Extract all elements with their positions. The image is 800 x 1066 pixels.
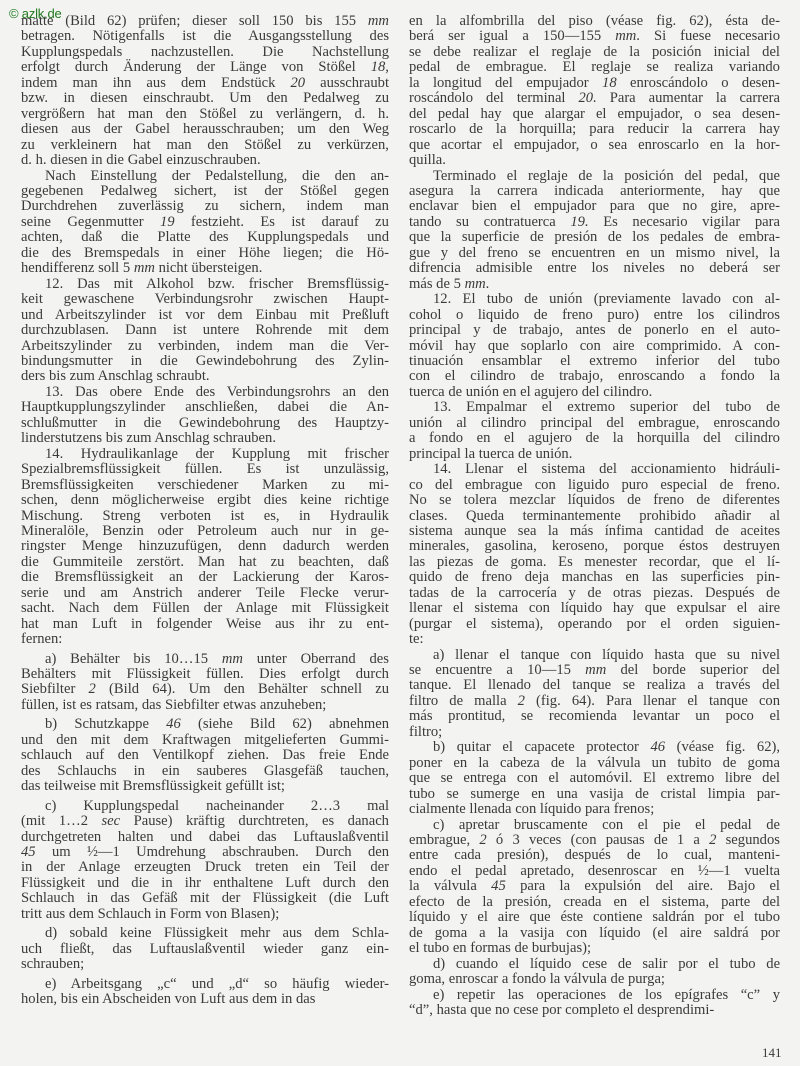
text-line: betragen. Nötigenfalls ist die Ausgangss… [21, 29, 389, 44]
text-line: hat man Luft in folgender Weise aus ihr … [21, 617, 389, 632]
text-line: fernen: [21, 632, 389, 647]
text-line: die Gummiteile zerstört. Man hat zu beac… [21, 555, 389, 570]
text-line: sistema aunque sea la más ínfima cantida… [409, 524, 780, 539]
text-line: Hauptkupplungszylinder anschließen, dabe… [21, 400, 389, 415]
text-line: des Schlauchs in ein sauberes Glasgefäß … [21, 764, 389, 779]
text-line: achten, daß die Platte des Kupplungspeda… [21, 230, 389, 245]
text-line: de goma a la vasija con líquido (el aire… [409, 926, 780, 941]
text-line: que acortar el empujador, o sea enroscar… [409, 138, 780, 153]
text-line: tinuación ensamblar el extremo inferior … [409, 354, 780, 369]
text-line: quido de freno deja manchas en las super… [409, 570, 780, 585]
text-line: “d”, hasta que no cese por completo el d… [409, 1003, 780, 1018]
text-line: roscarlo de la horquilla; para reducir l… [409, 122, 780, 137]
text-line: que se entrega con el automóvil. El extr… [409, 771, 780, 786]
text-line: 12. El tubo de unión (previamente lavado… [409, 292, 780, 307]
text-line: a fondo en el agujero de la horquilla de… [409, 431, 780, 446]
text-line: líquido y el aire que éste contiene sald… [409, 910, 780, 925]
text-line: difrencia admisible entre los niveles no… [409, 261, 780, 276]
text-line: berá ser igual a 150—155 mm. Si fuese ne… [409, 29, 780, 44]
text-line: enclavar bien el empujador para que no g… [409, 199, 780, 214]
text-line: durchzublasen. Dann ist untere Rohrende … [21, 323, 389, 338]
text-line: b) quitar el capacete protector 46 (véas… [409, 740, 780, 755]
text-line: el tubo en formas de burbujas); [409, 941, 780, 956]
text-line: die des Bremspedals in einer Höhe liegen… [21, 246, 389, 261]
text-line: zu verkleinern hat man den Stößel zu ver… [21, 138, 389, 153]
text-line: principal y de trabajo, antes de ponerlo… [409, 323, 780, 338]
text-line: tritt aus dem Schlauch in Form von Blase… [21, 907, 389, 922]
text-line: 45 um ½—1 Umdrehung abschrauben. Durch d… [21, 845, 389, 860]
text-line: del pedal hay que alargar el empujador, … [409, 107, 780, 122]
text-line: minerales, gasolina, keroseno, porque és… [409, 539, 780, 554]
text-line: tadas de la carrocería y de otras piezas… [409, 586, 780, 601]
text-line: con el cilindro de trabajo, enroscando a… [409, 369, 780, 384]
text-line: embrague, 2 ó 3 veces (con pausas de 1 a… [409, 833, 780, 848]
text-line: e) Arbeitsgang „c“ und „d“ so häufig wie… [21, 977, 389, 992]
text-line: Arbeitszylinder zu verbinden, indem man … [21, 339, 389, 354]
text-line: tuerca de unión en el agujero del cilind… [409, 385, 780, 400]
text-line: Mischung. Streng verboten ist es, in Hyd… [21, 509, 389, 524]
text-line: d) cuando el líquido cese de salir por e… [409, 957, 780, 972]
text-line: gue y del freno se encuentren en un mism… [409, 246, 780, 261]
left-column-german-text: matte (Bild 62) prüfen; dieser soll 150 … [21, 14, 389, 1008]
text-line: que la superficie de presión de los peda… [409, 230, 780, 245]
text-line: la longitud del empujador 18 enroscándol… [409, 76, 780, 91]
text-line: und den mit dem Kraftwagen mitgelieferte… [21, 733, 389, 748]
text-line: 13. Empalmar el extremo superior del tub… [409, 400, 780, 415]
text-line: tanque. El llenado del tanque se realiza… [409, 678, 780, 693]
text-line: clases. Queda terminantemente prohibido … [409, 509, 780, 524]
text-line: tando su contratuerca 19. Es necesario v… [409, 215, 780, 230]
text-line: uch fließt, das Luftauslaßventil wieder … [21, 942, 389, 957]
text-line: endo el pedal apretado, desenroscar en ½… [409, 864, 780, 879]
text-line: Flüssigkeit und die in ihr enthaltene Lu… [21, 876, 389, 891]
text-line: d) sobald keine Flüssigkeit mehr aus dem… [21, 926, 389, 941]
text-line: durchgetreten halten und dabei das Lufta… [21, 830, 389, 845]
text-line: en la alfombrilla del piso (véase fig. 6… [409, 14, 780, 29]
text-line: 12. Das mit Alkohol bzw. frischer Bremsf… [21, 277, 389, 292]
text-line: asegura la carrera indicada anteriorment… [409, 184, 780, 199]
text-line: ders bis zum Anschlag schraubt. [21, 369, 389, 384]
text-line: móvil hay que soplarlo con aire comprimi… [409, 339, 780, 354]
text-line: schlauch auf den Ventilkopf ziehen. Das … [21, 748, 389, 763]
text-line: más prontitud, se recomienda levantar un… [409, 709, 780, 724]
text-line: Bremsflüssigkeiten verschiedener Marken … [21, 478, 389, 493]
text-line: llenar el sistema con líquido hay que ex… [409, 601, 780, 616]
text-line: co del embrague con liguido puro especia… [409, 478, 780, 493]
text-line: poner en la cabeza de la válvula un tubi… [409, 756, 780, 771]
text-line: (purgar el sistema), operando por el ord… [409, 617, 780, 632]
text-line: filtro de malla 2 (fig. 64). Para llenar… [409, 694, 780, 709]
text-line: más de 5 mm. [409, 277, 780, 292]
text-line: b) Schutzkappe 46 (siehe Bild 62) abnehm… [21, 717, 389, 732]
text-line: efecto de la presión, creada en el siste… [409, 895, 780, 910]
text-line: No se tolera mezclar líquidos de freno d… [409, 493, 780, 508]
text-line: d. h. diesen in die Gabel einzuschrauben… [21, 153, 389, 168]
text-line: principal la tuerca de unión. [409, 447, 780, 462]
text-line: 13. Das obere Ende des Verbindungsrohrs … [21, 385, 389, 400]
text-line: pedal de embrague. El reglaje se realiza… [409, 60, 780, 75]
text-line: Terminado el reglaje de la posición del … [409, 169, 780, 184]
text-line: Siebfilter 2 (Bild 64). Um den Behälter … [21, 682, 389, 697]
text-line: die Bremsflüssigkeit an der Lackierung d… [21, 570, 389, 585]
text-line: unión al cilindro principal del embrague… [409, 416, 780, 431]
text-line: roscándolo del terminal 20. Para aumenta… [409, 91, 780, 106]
text-line: la válvula 45 para la expulsión del aire… [409, 879, 780, 894]
text-line: schrauben; [21, 957, 389, 972]
text-line: und Arbeitszylinder ist vor dem Einbau m… [21, 308, 389, 323]
text-line: Mineralöle, Benzin oder Petroleum auch n… [21, 524, 389, 539]
text-line: 14. Hydraulikanlage der Kupplung mit fri… [21, 447, 389, 462]
text-line: in der Anlage erzeugten Druck treten ein… [21, 860, 389, 875]
text-line: holen, bis ein Abscheiden von Luft aus d… [21, 992, 389, 1007]
text-line: Durchdrehen zuverlässig zu sichern, inde… [21, 199, 389, 214]
text-line: goma, enroscar a fondo la válvula de pur… [409, 972, 780, 987]
text-line: cialmente llenada con líquido para freno… [409, 802, 780, 817]
text-line: Schlauch in das Gefäß mit der Flüssigkei… [21, 891, 389, 906]
text-line: keit gewaschene Verbindungsrohr zwischen… [21, 292, 389, 307]
text-line: linderstutzens bis zum Anschlag schraube… [21, 431, 389, 446]
text-line: erfolgt durch Änderung der Länge von Stö… [21, 60, 389, 75]
text-line: c) Kupplungspedal nacheinander 2…3 mal [21, 799, 389, 814]
text-line: gegebenen Pedalweg sichert, ist der Stöß… [21, 184, 389, 199]
text-line: schen, denn möglicherweise ergibt dies k… [21, 493, 389, 508]
text-line: Nach Einstellung der Pedalstellung, die … [21, 169, 389, 184]
text-line: matte (Bild 62) prüfen; dieser soll 150 … [21, 14, 389, 29]
text-line: te: [409, 632, 780, 647]
text-line: tubo se sumerge en una vasija de cristal… [409, 787, 780, 802]
text-line: vergrößern hat man den Stößel zu verläng… [21, 107, 389, 122]
text-line: schlußmutter in die Gewindebohrung des H… [21, 416, 389, 431]
text-line: quilla. [409, 153, 780, 168]
text-line: Spezialbremsflüssigkeit füllen. Es ist u… [21, 462, 389, 477]
page-number: 141 [762, 1045, 782, 1061]
text-line: serie und am Anstrich anderer Teile Flec… [21, 586, 389, 601]
text-line: diesen aus der Gabel herausschrauben; um… [21, 122, 389, 137]
right-column-spanish-text: en la alfombrilla del piso (véase fig. 6… [409, 14, 780, 1018]
text-line: cohol o liquido de freno puro) entre los… [409, 308, 780, 323]
text-line: indem man ihn aus dem Endstück 20 aussch… [21, 76, 389, 91]
text-line: das teilweise mit Bremsflüssigkeit gefül… [21, 779, 389, 794]
text-line: Behälters mit Flüssigkeit füllen. Dies e… [21, 667, 389, 682]
text-line: hendifferenz soll 5 mm nicht übersteigen… [21, 261, 389, 276]
text-line: ringster Menge hinzuzufügen, denn dadurc… [21, 539, 389, 554]
watermark: © azlk.de [9, 6, 62, 21]
text-line: seine Gegenmutter 19 festzieht. Es ist d… [21, 215, 389, 230]
text-line: se debe realizar el reglaje de la posici… [409, 45, 780, 60]
text-line: las piezas de goma. Es menester recordar… [409, 555, 780, 570]
text-line: a) Behälter bis 10…15 mm unter Oberrand … [21, 652, 389, 667]
text-line: sacht. Nach dem Füllen der Anlage mit Fl… [21, 601, 389, 616]
text-line: e) repetir las operaciones de los epígra… [409, 988, 780, 1003]
text-line: bindungsmutter in die Gewindebohrung des… [21, 354, 389, 369]
text-line: se encuentre a 10—15 mm del borde superi… [409, 663, 780, 678]
text-line: entre cada presión), después de lo cual,… [409, 848, 780, 863]
text-line: 14. Llenar el sistema del accionamiento … [409, 462, 780, 477]
text-line: (mit 1…2 sec Pause) kräftig durchtreten,… [21, 814, 389, 829]
text-line: c) apretar bruscamente con el pie el ped… [409, 818, 780, 833]
text-line: bzw. in diesen einschraubt. Um den Pedal… [21, 91, 389, 106]
text-line: a) llenar el tanque con líquido hasta qu… [409, 648, 780, 663]
text-line: füllen, ist es ratsam, das Siebfilter et… [21, 698, 389, 713]
text-line: filtro; [409, 725, 780, 740]
